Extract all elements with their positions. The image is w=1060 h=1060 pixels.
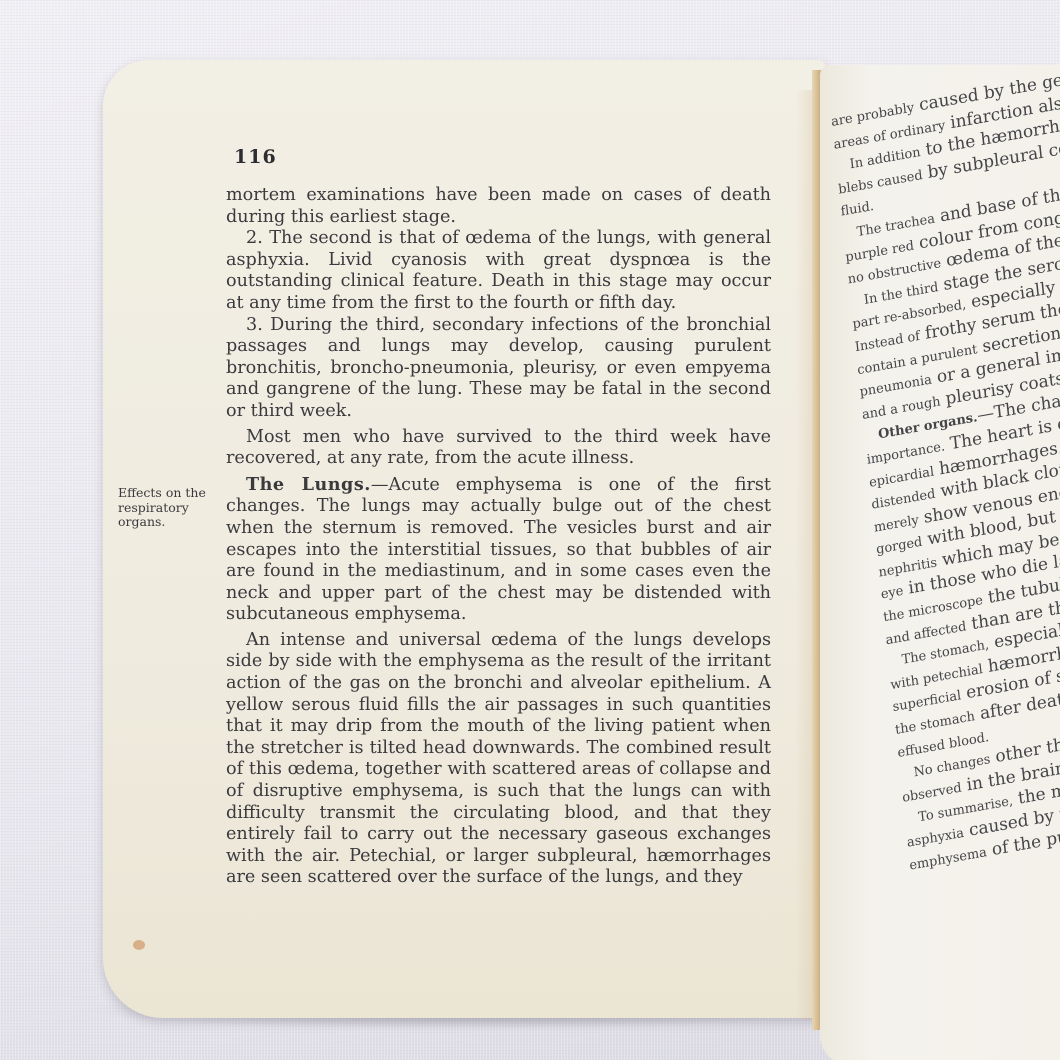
line-start: eye bbox=[880, 584, 904, 603]
paragraph-the-lungs: The Lungs.—Acute emphysema is one of the… bbox=[226, 474, 771, 626]
left-page-body: mortem examinations have been made on ca… bbox=[226, 185, 771, 889]
paragraph: 3. During the third, secondary infection… bbox=[226, 315, 771, 423]
paragraph: An intense and universal œdema of the lu… bbox=[226, 630, 771, 889]
foxing-stain bbox=[133, 940, 145, 950]
paragraph-text: —Acute emphysema is one of the first cha… bbox=[226, 475, 771, 625]
paragraph: mortem examinations have been made on ca… bbox=[226, 185, 771, 228]
page-number: 116 bbox=[234, 146, 277, 168]
run-in-heading: The Lungs. bbox=[246, 474, 371, 495]
paragraph: 2. The second is that of œdema of the lu… bbox=[226, 228, 771, 314]
margin-note: Effects on the respiratory organs. bbox=[118, 486, 218, 530]
paragraph: Most men who have survived to the third … bbox=[226, 427, 771, 470]
